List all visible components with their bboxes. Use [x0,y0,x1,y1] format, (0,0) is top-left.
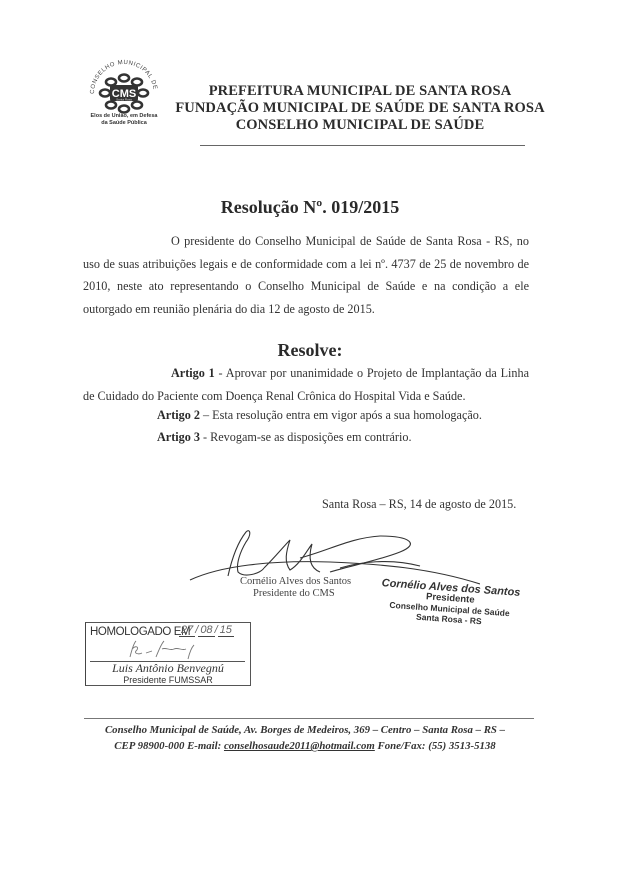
logo-sub-text: Santa Rosa [116,98,132,102]
footer-phone: Fone/Fax: (55) 3513-5138 [378,740,496,752]
cms-logo: CONSELHO MUNICIPAL DE SAÚDE CMS Santa Ro… [82,56,166,120]
signer-name: Cornélio Alves dos Santos [240,576,351,587]
homologation-year: 15 [218,624,234,637]
header-divider [200,145,525,146]
homologation-stamp: HOMOLOGADO EM 27/08/15 Luis Antônio Benv… [85,622,251,686]
article-1: Artigo 1 - Aprovar por unanimidade o Pro… [83,362,529,407]
header-line-1: PREFEITURA MUNICIPAL DE SANTA ROSA [170,83,550,100]
intro-paragraph-text: O presidente do Conselho Municipal de Sa… [83,234,529,316]
article-2-label: Artigo 2 [157,408,200,422]
logo-caption-line2: da Saúde Pública [74,120,174,127]
article-3-text: Revogam-se as disposições em contrário. [210,430,411,444]
intro-paragraph: O presidente do Conselho Municipal de Sa… [83,230,529,320]
header-line-2: FUNDAÇÃO MUNICIPAL DE SAÚDE DE SANTA ROS… [170,100,550,117]
homologation-role: Presidente FUMSSAR [86,675,250,685]
footer-email-link[interactable]: conselhosaude2011@hotmail.com [224,740,375,752]
article-3-separator: - [200,430,210,444]
homologation-month: 08 [198,624,214,637]
article-1-label: Artigo 1 [171,366,215,380]
homologation-date: 27/08/15 [179,624,234,637]
article-1-separator: - [215,366,226,380]
article-3: Artigo 3 - Revogam-se as disposições em … [157,430,412,445]
place-date: Santa Rosa – RS, 14 de agosto de 2015. [322,497,516,512]
footer-cep: CEP 98900-000 E-mail: [114,740,224,752]
logo-caption: Elos de União, em Defesa da Saúde Públic… [74,113,174,127]
resolution-title: Resolução Nº. 019/2015 [60,197,560,218]
logo-caption-line1: Elos de União, em Defesa [74,113,174,120]
resolve-heading: Resolve: [60,340,560,361]
homologation-signature [126,639,206,661]
article-2: Artigo 2 – Esta resolução entra em vigor… [157,408,482,423]
homologation-name: Luis Antônio Benvegnú [86,661,250,676]
article-1-text: Aprovar por unanimidade o Projeto de Imp… [83,366,529,403]
signer-role: Presidente do CMS [253,588,335,599]
article-2-separator: – [200,408,212,422]
header-line-3: CONSELHO MUNICIPAL DE SAÚDE [170,117,550,134]
article-3-label: Artigo 3 [157,430,200,444]
homologation-day: 27 [179,624,195,637]
footer-divider [84,718,534,719]
homologation-label: HOMOLOGADO EM [90,626,190,638]
article-2-text: Esta resolução entra em vigor após a sua… [212,408,482,422]
footer-contact: CEP 98900-000 E-mail: conselhosaude2011@… [70,740,540,752]
footer-address: Conselho Municipal de Saúde, Av. Borges … [70,724,540,736]
president-stamp: Cornélio Alves dos Santos Presidente Con… [379,577,522,629]
